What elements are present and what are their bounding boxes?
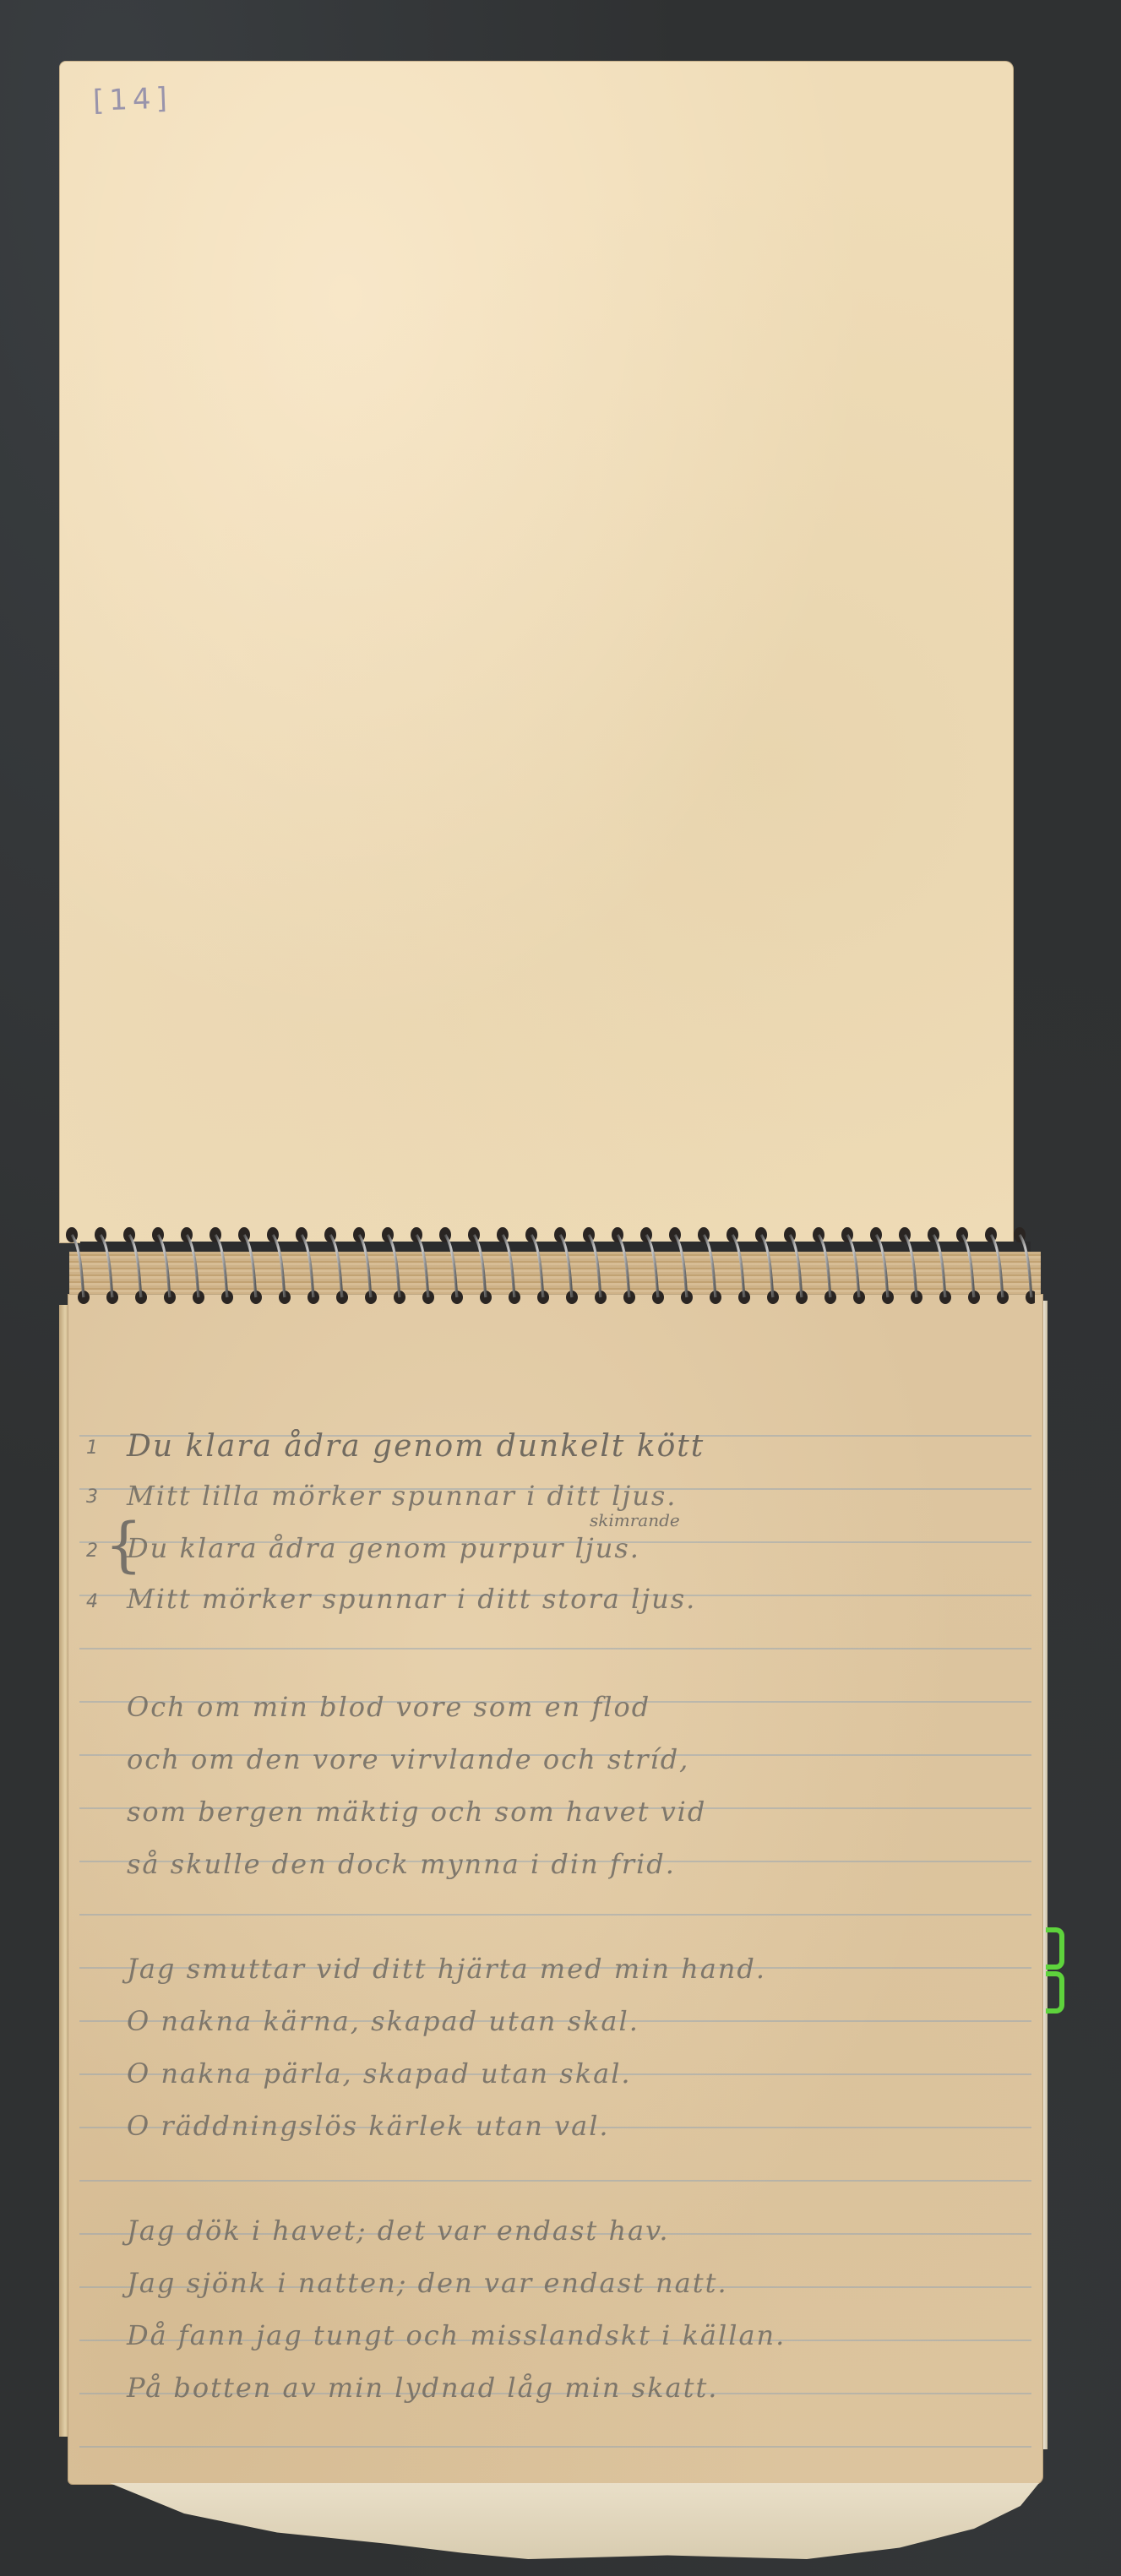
spiral-binding	[63, 1216, 1035, 1309]
cover-page: [14]	[59, 61, 1014, 1243]
poem-text: 1 Du klara ådra genom dunkelt kött 3 Mit…	[68, 1294, 1043, 2485]
stanza-1-line-4: Mitt mörker spunnar i ditt stora ljus.	[127, 1583, 1009, 1615]
stanza-1-line-1: Du klara ådra genom dunkelt kött	[127, 1429, 1009, 1464]
stanza-2-line-3: som bergen mäktig och som havet vid	[127, 1796, 1009, 1828]
line-number: 3	[86, 1486, 98, 1508]
interlinear-insertion: skimrande	[590, 1510, 680, 1530]
stanza-4-line-1: Jag dök i havet; det var endast hav.	[127, 2215, 1009, 2247]
stanza-1-line-3: Du klara ådra genom purpur ljus.	[127, 1532, 1009, 1564]
stanza-3-line-2: O nakna kärna, skapad utan skal.	[127, 2005, 1009, 2037]
green-paper-clip	[1046, 1927, 1064, 2019]
line-number: 1	[86, 1437, 98, 1459]
stanza-2-line-4: så skulle den dock mynna i din frid.	[127, 1848, 1009, 1880]
stanza-3-line-1: Jag smuttar vid ditt hjärta med min hand…	[127, 1953, 1009, 1985]
archive-page-number: [14]	[92, 81, 172, 117]
stanza-2-line-1: Och om min blod vore som en flod	[127, 1691, 1009, 1723]
stanza-3-line-4: O räddningslös kärlek utan val.	[127, 2110, 1009, 2142]
handwritten-page: 1 Du klara ådra genom dunkelt kött 3 Mit…	[68, 1294, 1043, 2485]
stanza-1-line-2: Mitt lilla mörker spunnar i ditt ljus.	[127, 1480, 1009, 1512]
stanza-4-line-4: På botten av min lydnad låg min skatt.	[127, 2372, 1009, 2404]
stanza-4-line-2: Jag sjönk i natten; den var endast natt.	[127, 2267, 1009, 2299]
line-number: 2	[86, 1541, 98, 1562]
line-number: 4	[86, 1591, 98, 1612]
stanza-2-line-2: och om den vore virvlande och stríd,	[127, 1743, 1009, 1775]
stanza-4-line-3: Då fann jag tungt och misslandskt i käll…	[127, 2319, 1009, 2351]
stanza-3-line-3: O nakna pärla, skapad utan skal.	[127, 2057, 1009, 2090]
